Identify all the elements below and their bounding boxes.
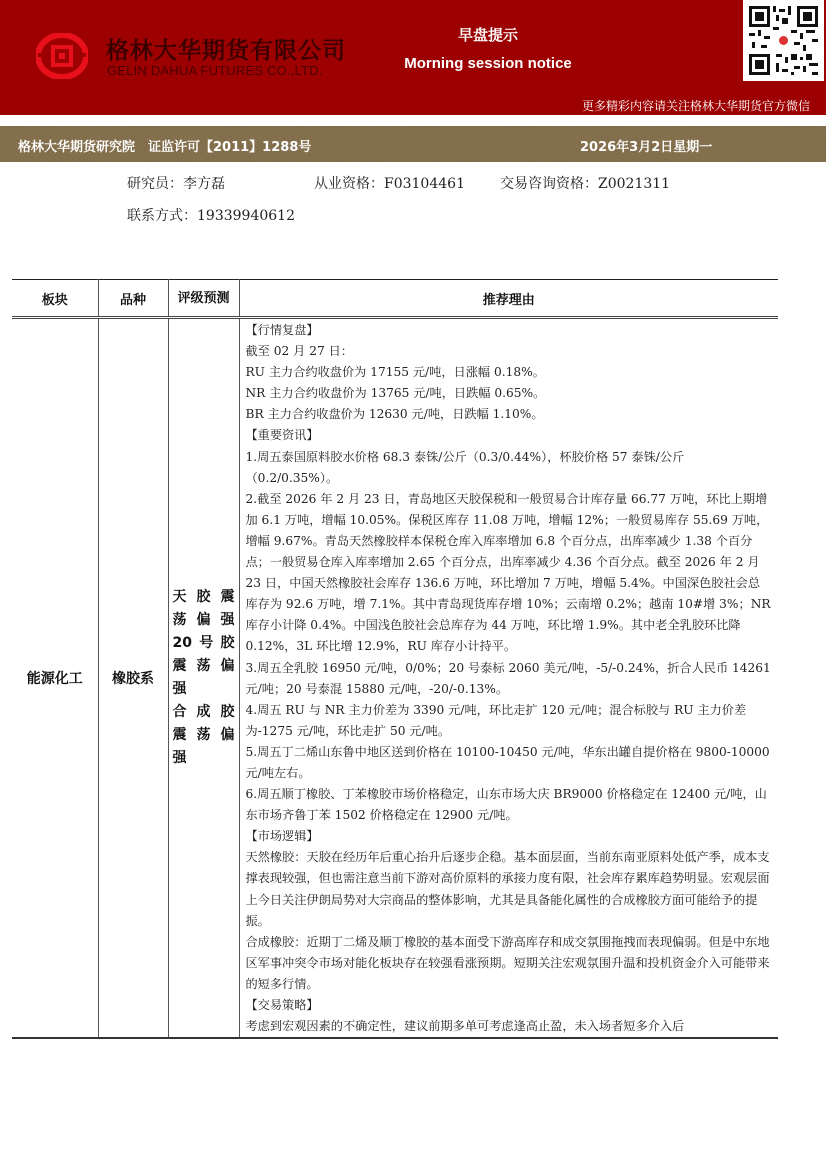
contact-phone: 联系方式：19339940612	[127, 205, 295, 225]
reason-paragraph: 天然橡胶：天胶在经历年后重心抬升后逐步企稳。基本面层面，当前东南亚原料处低产季，…	[246, 847, 773, 931]
wechat-follow-note: 更多精彩内容请关注格林大华期货官方微信	[582, 97, 810, 114]
rating-line: 20号胶	[173, 632, 235, 655]
reason-paragraph: 截至 02 月 27 日：	[246, 341, 773, 362]
reason-paragraph: 4.周五 RU 与 NR 主力价差为 3390 元/吨，环比走扩 120 元/吨…	[246, 700, 773, 742]
practice-qualification: 从业资格：F03104461	[314, 173, 500, 193]
institute-license: 格林大华期货研究院 证监许可【2011】1288号	[18, 136, 311, 155]
reason-paragraph: 考虑到宏观因素的不确定性，建议前期多单可考虑逢高止盈，未入场者短多介入后	[246, 1016, 773, 1037]
reason-paragraph: 5.周五丁二烯山东鲁中地区送到价格在 10100-10450 元/吨，华东出罐自…	[246, 742, 773, 784]
report-title-cn: 早盘提示	[0, 24, 826, 45]
reason-paragraph: 6.周五顺丁橡胶、丁苯橡胶市场价格稳定，山东市场大庆 BR9000 价格稳定在 …	[246, 784, 773, 826]
reason-cell: 【行情复盘】 截至 02 月 27 日： RU 主力合约收盘价为 17155 元…	[239, 318, 778, 1039]
table-header-row: 板块 品种 评级预测 推荐理由	[12, 280, 778, 318]
section-heading-key-news: 【重要资讯】	[246, 425, 773, 446]
sector-cell: 能源化工	[12, 318, 98, 1039]
header-banner: 格林大华期货有限公司 GELIN DAHUA FUTURES CO.,LTD. …	[0, 0, 826, 115]
reason-paragraph: NR 主力合约收盘价为 13765 元/吨，日跌幅 0.65%。	[246, 383, 773, 404]
variety-cell: 橡胶系	[98, 318, 168, 1039]
rating-cell: 天胶震 荡偏强 20号胶 震荡偏 强 合成胶 震荡偏 强	[168, 318, 239, 1039]
rating-line: 强	[173, 747, 235, 770]
reason-paragraph: BR 主力合约收盘价为 12630 元/吨，日跌幅 1.10%。	[246, 404, 773, 425]
table-row: 能源化工 橡胶系 天胶震 荡偏强 20号胶 震荡偏 强 合成胶 震荡偏 强 【行…	[12, 318, 778, 1039]
rating-line: 合成胶	[173, 701, 235, 724]
reason-paragraph: 2.截至 2026 年 2 月 23 日，青岛地区天胶保税和一般贸易合计库存量 …	[246, 489, 773, 658]
researcher-name: 研究员：李方磊	[127, 173, 314, 193]
section-heading-market-review: 【行情复盘】	[246, 320, 773, 341]
reason-paragraph: 3.周五全乳胶 16950 元/吨，0/0%；20 号泰标 2060 美元/吨，…	[246, 658, 773, 700]
rating-line: 强	[173, 678, 235, 701]
info-bar: 格林大华期货研究院 证监许可【2011】1288号 2026年3月2日星期一	[0, 126, 826, 162]
section-heading-trading-strategy: 【交易策略】	[246, 995, 773, 1016]
reason-paragraph: 合成橡胶：近期丁二烯及顺丁橡胶的基本面受下游高库存和成交氛围拖拽而表现偏弱。但是…	[246, 932, 773, 995]
rating-line: 震荡偏	[173, 724, 235, 747]
rating-line: 震荡偏	[173, 655, 235, 678]
header-reason: 推荐理由	[239, 280, 778, 318]
reason-paragraph: 1.周五泰国原料胶水价格 68.3 泰铢/公斤（0.3/0.44%），杯胶价格 …	[246, 447, 773, 489]
rating-line: 荡偏强	[173, 609, 235, 632]
researcher-info: 研究员：李方磊从业资格：F03104461交易咨询资格：Z0021311	[127, 173, 670, 193]
report-title-en: Morning session notice	[0, 55, 826, 72]
consulting-qualification: 交易咨询资格：Z0021311	[500, 173, 670, 193]
report-date: 2026年3月2日星期一	[580, 136, 712, 155]
recommendation-table: 板块 品种 评级预测 推荐理由 能源化工 橡胶系 天胶震 荡偏强 20号胶 震荡…	[12, 279, 778, 1039]
header-rating: 评级预测	[168, 280, 239, 318]
header-sector: 板块	[12, 280, 98, 318]
header-variety: 品种	[98, 280, 168, 318]
contact-info: 联系方式：19339940612	[127, 205, 295, 225]
wechat-qr-code-icon[interactable]	[743, 0, 824, 81]
rating-line: 天胶震	[173, 586, 235, 609]
reason-paragraph: RU 主力合约收盘价为 17155 元/吨，日涨幅 0.18%。	[246, 362, 773, 383]
section-heading-market-logic: 【市场逻辑】	[246, 826, 773, 847]
